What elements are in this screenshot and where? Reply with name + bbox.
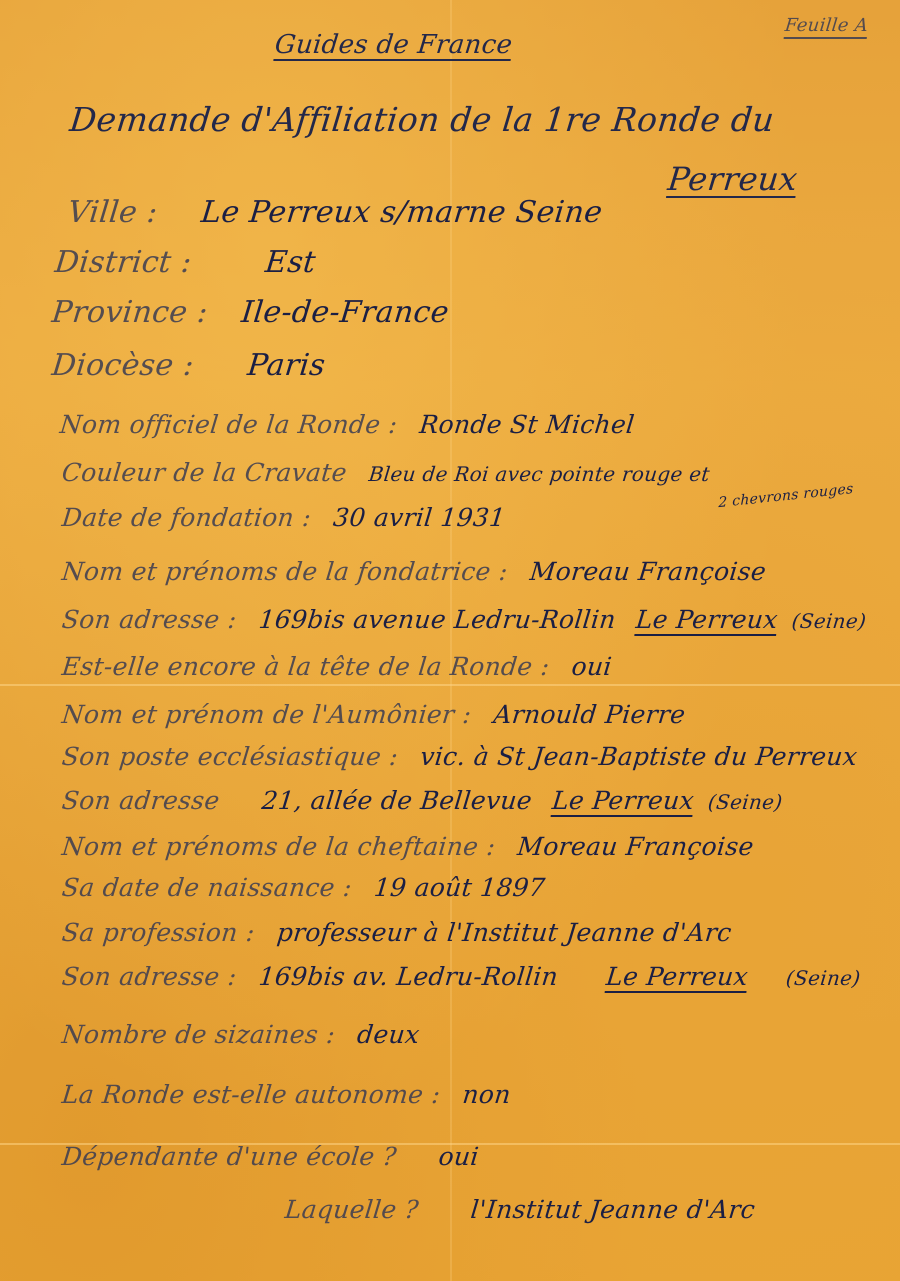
- field-dept: (Seine): [707, 790, 784, 814]
- field-label: Nom et prénoms de la fondatrice :: [60, 557, 509, 586]
- field-value: Bleu de Roi avec pointe rouge et: [368, 462, 711, 486]
- field-label: Son adresse :: [60, 962, 238, 991]
- field-value: oui: [437, 1142, 480, 1171]
- field-note: 2 chevrons rouges: [718, 481, 853, 511]
- field-cheftaine: Nom et prénoms de la cheftaine : Moreau …: [60, 832, 755, 861]
- field-fondatrice: Nom et prénoms de la fondatrice : Moreau…: [60, 557, 767, 586]
- field-value: non: [461, 1080, 512, 1109]
- field-profession: Sa profession : professeur à l'Institut …: [60, 918, 733, 947]
- field-label: Sa date de naissance :: [60, 873, 353, 902]
- field-label: Dépendante d'une école ?: [60, 1142, 398, 1171]
- field-value: 169bis av. Ledru-Rollin: [257, 962, 559, 991]
- field-dependante-ecole: Dépendante d'une école ? oui: [60, 1142, 480, 1171]
- field-value: Paris: [246, 348, 327, 383]
- field-city: Le Perreux: [551, 786, 696, 815]
- field-value: Moreau Françoise: [516, 832, 755, 861]
- field-label: Nom officiel de la Ronde :: [58, 410, 398, 439]
- field-label: Diocèse :: [50, 348, 195, 383]
- field-value: 19 août 1897: [373, 873, 547, 902]
- field-couleur-cravate: Couleur de la Cravate Bleu de Roi avec p…: [60, 458, 711, 487]
- field-adresse-aumonier: Son adresse 21, allée de Bellevue Le Per…: [60, 786, 784, 815]
- field-city: Le Perreux: [605, 962, 750, 991]
- field-poste-ecclesiastique: Son poste ecclésiastique : vic. à St Jea…: [60, 742, 858, 771]
- field-diocese: Diocèse : Paris: [50, 348, 327, 383]
- field-nom-officiel: Nom officiel de la Ronde : Ronde St Mich…: [58, 410, 636, 439]
- field-label: Date de fondation :: [60, 503, 312, 532]
- field-label: Province :: [50, 295, 209, 330]
- field-encore-tete: Est-elle encore à la tête de la Ronde : …: [60, 652, 613, 681]
- header-title: Guides de France: [273, 30, 513, 60]
- field-dept: (Seine): [785, 966, 862, 990]
- field-value: 21, allée de Bellevue: [260, 786, 533, 815]
- field-label: Couleur de la Cravate: [60, 458, 348, 487]
- field-label: Est-elle encore à la tête de la Ronde :: [60, 652, 551, 681]
- field-sizaines: Nombre de sizaines : deux: [60, 1020, 421, 1049]
- field-value: Le Perreux s/marne Seine: [199, 195, 604, 230]
- field-label: District :: [53, 245, 193, 280]
- field-label: Son adresse: [60, 786, 221, 815]
- field-adresse-fondatrice: Son adresse : 169bis avenue Ledru-Rollin…: [60, 605, 867, 634]
- field-label: Laquelle ?: [283, 1195, 420, 1224]
- field-value: Arnould Pierre: [492, 700, 687, 729]
- field-aumonier: Nom et prénom de l'Aumônier : Arnould Pi…: [60, 700, 686, 729]
- field-province: Province : Ile-de-France: [50, 295, 450, 330]
- field-label: Ville :: [66, 195, 159, 230]
- field-ville: Ville : Le Perreux s/marne Seine: [66, 195, 604, 230]
- document-page: Guides de France Feuille A Demande d'Aff…: [0, 0, 900, 1281]
- form-title: Demande d'Affiliation de la 1re Ronde du: [68, 100, 776, 139]
- field-value: vic. à St Jean-Baptiste du Perreux: [419, 742, 859, 771]
- field-value: professeur à l'Institut Jeanne d'Arc: [275, 918, 733, 947]
- field-label: Nom et prénoms de la cheftaine :: [60, 832, 496, 861]
- field-value: deux: [356, 1020, 421, 1049]
- field-date-fondation: Date de fondation : 30 avril 1931: [60, 503, 507, 532]
- field-label: La Ronde est-elle autonome :: [60, 1080, 441, 1109]
- field-value: Moreau Françoise: [528, 557, 767, 586]
- field-autonome: La Ronde est-elle autonome : non: [60, 1080, 512, 1109]
- sheet-label: Feuille A: [784, 15, 869, 36]
- field-adresse-cheftaine: Son adresse : 169bis av. Ledru-Rollin Le…: [60, 962, 862, 991]
- field-value: 169bis avenue Ledru-Rollin: [257, 605, 617, 634]
- field-value: 30 avril 1931: [332, 503, 507, 532]
- field-label: Sa profession :: [60, 918, 256, 947]
- field-value: oui: [570, 652, 613, 681]
- field-city: Le Perreux: [635, 605, 780, 634]
- field-label: Son poste ecclésiastique :: [60, 742, 399, 771]
- field-value: Ronde St Michel: [418, 410, 636, 439]
- field-label: Nom et prénom de l'Aumônier :: [60, 700, 472, 729]
- field-district: District : Est: [53, 245, 317, 280]
- field-value: Est: [264, 245, 318, 280]
- field-dept: (Seine): [791, 609, 868, 633]
- field-label: Nombre de sizaines :: [60, 1020, 336, 1049]
- field-value: Ile-de-France: [240, 295, 451, 330]
- field-laquelle: Laquelle ? l'Institut Jeanne d'Arc: [283, 1195, 756, 1224]
- form-title-place: Perreux: [666, 160, 799, 198]
- field-date-naissance: Sa date de naissance : 19 août 1897: [60, 873, 546, 902]
- field-label: Son adresse :: [60, 605, 238, 634]
- field-value: l'Institut Jeanne d'Arc: [469, 1195, 756, 1224]
